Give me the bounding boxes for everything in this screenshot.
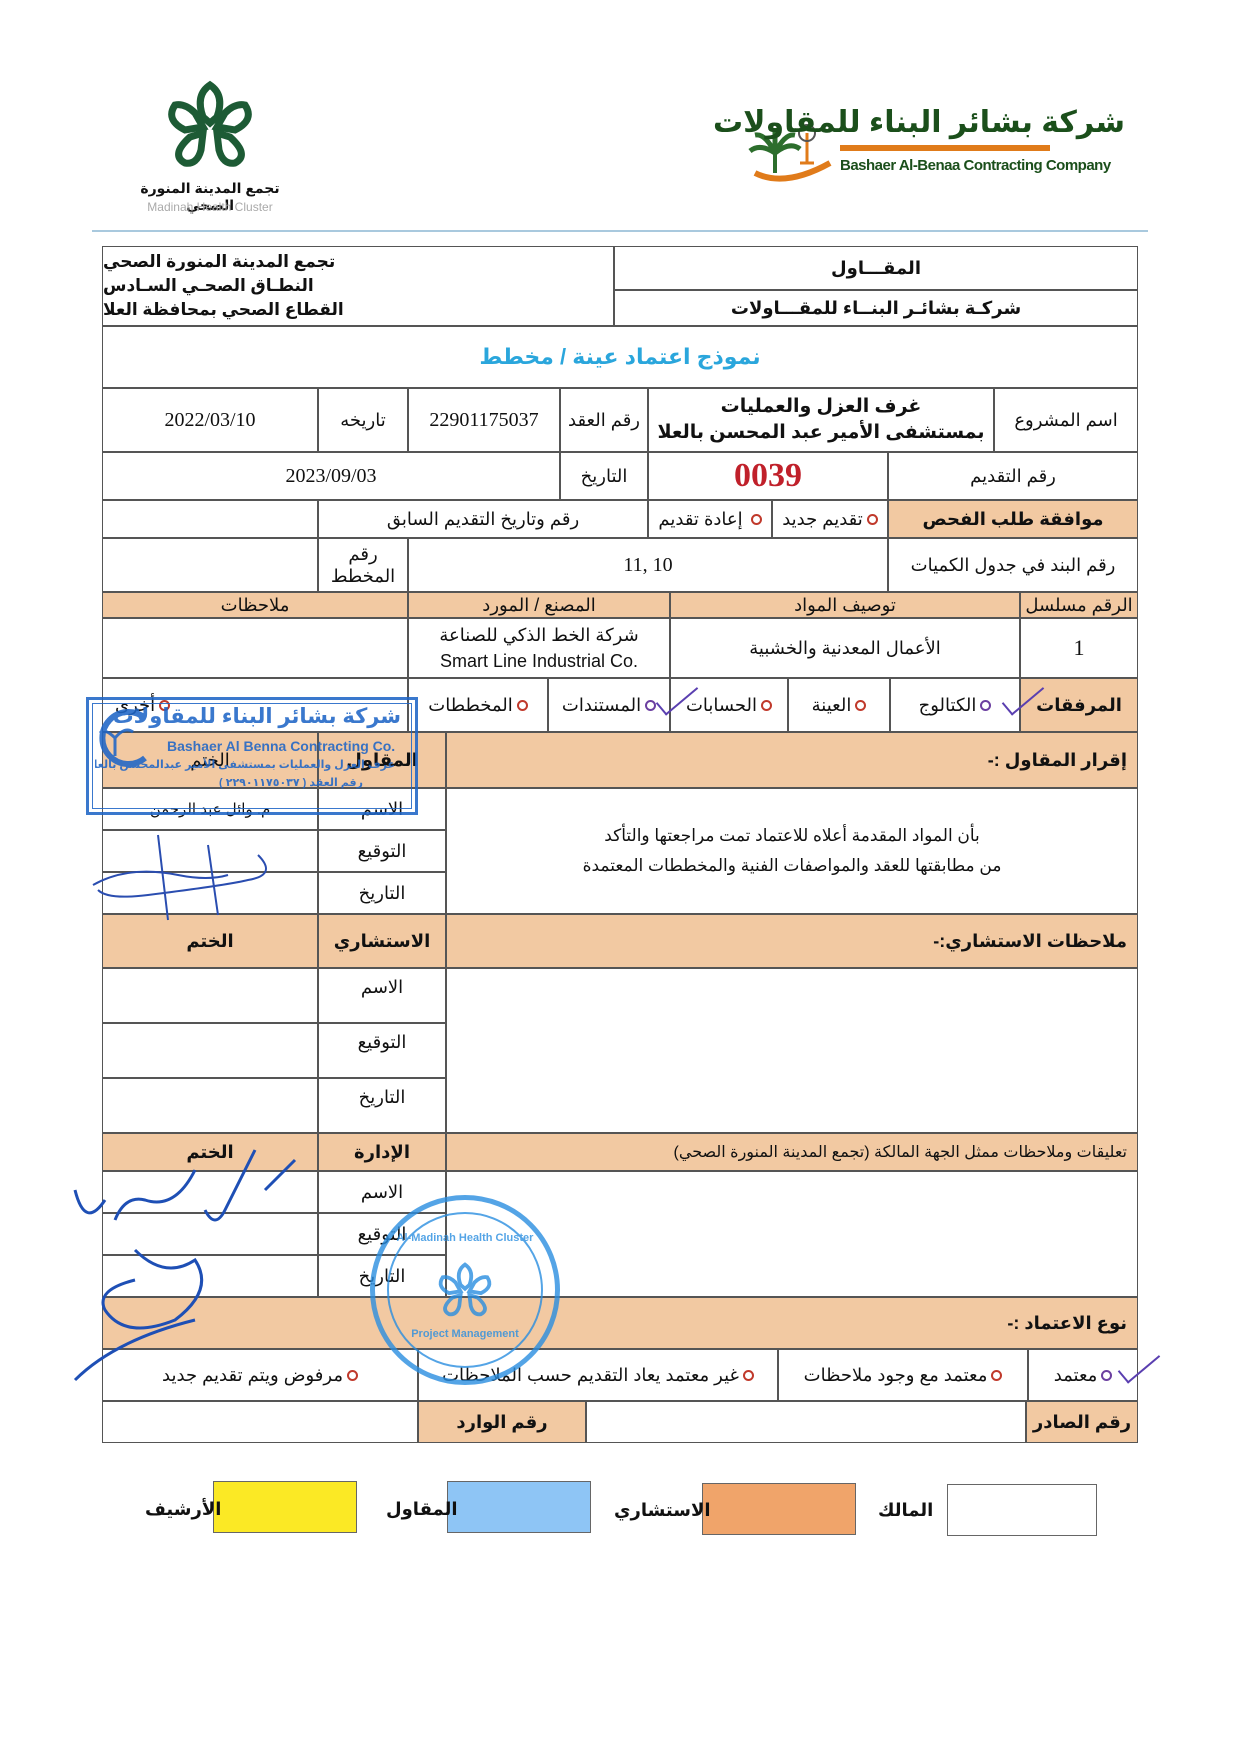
contractor-signature [88,825,328,925]
contractor-stamp: شركة بشائر البناء للمقاولات Bashaer Al B… [86,697,418,815]
approval-with-notes-option[interactable]: معتمد مع وجود ملاحظات [778,1349,1028,1401]
logo-bar [840,145,1050,151]
submission-number-label: رقم التقديم [888,452,1138,500]
consultant-side-header: الاستشاري [318,914,446,968]
boq-item-value: 10 ,11 [408,538,888,592]
stamp-contract-number: رقم العقد ( ٢٢٩٠١١٧٥٠٣٧ ) [219,776,363,789]
drawing-label-line-2: المخطط [331,565,395,587]
documents-label: المستندات [562,695,641,716]
owner-info-cell: تجمع المدينة المنورة الصحي النطـاق الصحـ… [102,246,614,326]
consultant-notes-area[interactable] [446,968,1138,1133]
incoming-number-label: رقم الوارد [418,1401,586,1443]
attachment-sample[interactable]: العينة [788,678,890,732]
drawing-number-label: رقم المخطط [318,538,408,592]
owner-line-1: تجمع المدينة المنورة الصحي [103,250,335,274]
form-title: نموذج اعتماد عينة / مخطط [102,326,1138,388]
declaration-line-1: بأن المواد المقدمة أعلاه للاعتماد تمت مر… [604,821,980,851]
contractor-logo-english: Bashaer Al-Benaa Contracting Company [840,157,1111,174]
contractor-declaration-text: بأن المواد المقدمة أعلاه للاعتماد تمت مر… [446,788,1138,914]
approved-with-notes-radio[interactable] [991,1370,1002,1381]
contractor-logo-arabic: شركة بشائر البناء للمقاولات [840,105,1125,140]
legend-owner-label: المالك [878,1500,933,1521]
sample-radio[interactable] [855,700,866,711]
material-notes [102,618,408,678]
approved-radio[interactable] [1101,1370,1112,1381]
project-name-line-2: بمستشفى الأمير عبد المحسن بالعلا [657,420,984,446]
consultant-name-label: الاسم [318,968,446,1023]
resubmission-radio[interactable] [751,514,762,525]
resubmission-option[interactable]: إعادة تقديم [648,500,772,538]
owner-stamp-english-bottom: Project Management [395,1328,535,1340]
consultant-notes-title: ملاحظات الاستشاري:- [446,914,1138,968]
attachment-drawings[interactable]: المخططات [408,678,548,732]
rejected-radio[interactable] [347,1370,358,1381]
issued-number-label: رقم الصادر [1026,1401,1138,1443]
stamp-english-name: Bashaer Al Benna Contracting Co. [167,738,395,754]
calculations-radio[interactable] [761,700,772,711]
header-divider [92,230,1148,232]
drawings-label: المخططات [428,695,512,716]
not-approved-radio[interactable] [743,1370,754,1381]
owner-line-2: النطـاق الصحـي السـادس [103,274,314,298]
consultant-signature-label: التوقيع [318,1023,446,1078]
material-description: الأعمال المعدنية والخشبية [670,618,1020,678]
calculations-label: الحسابات [686,695,757,716]
new-submission-option[interactable]: تقديم جديد [772,500,888,538]
attachment-documents[interactable]: المستندات [548,678,670,732]
owner-stamp-flower-icon [430,1255,500,1325]
contractor-declaration-title: إقرار المقاول :- [446,732,1138,788]
catalog-label: الكتالوج [919,695,977,716]
owner-side-header: الإدارة [318,1133,446,1171]
consultant-name-value [102,968,318,1023]
contractor-label-cell: المقـــاول [614,246,1138,290]
contract-date-value: 2022/03/10 [102,388,318,452]
approved-label: معتمد [1054,1365,1098,1386]
stamp-arabic-name: شركة بشائر البناء للمقاولات [113,704,401,729]
submission-date-value: 2023/09/03 [102,452,560,500]
legend-owner-swatch [947,1484,1097,1536]
previous-submission-value [102,500,318,538]
contract-number-value: 22901175037 [408,388,560,452]
project-name-label: اسم المشروع [994,388,1138,452]
contractor-signature-label: التوقيع [318,830,446,872]
health-cluster-logo: تجمع المدينة المنورة الصحي Madinah Healt… [130,75,290,220]
contract-date-label: تاريخه [318,388,408,452]
submission-number: 0039 [648,452,888,500]
contractor-logo: شركة بشائر البناء للمقاولات Bashaer Al-B… [745,105,1125,185]
submission-date-label: التاريخ [560,452,648,500]
owner-signature [15,1140,315,1400]
new-submission-label: تقديم جديد [782,509,863,530]
boq-item-label: رقم البند في جدول الكميات [888,538,1138,592]
documents-radio[interactable] [645,700,656,711]
supplier-english: Smart Line Industrial Co. [440,648,638,674]
legend-contractor-label: المقاول [386,1499,458,1520]
attachment-catalog[interactable]: الكتالوج [890,678,1020,732]
declaration-line-2: من مطابقتها للعقد والمواصفات الفنية والم… [583,851,1002,881]
legend-contractor-swatch [447,1481,591,1533]
supplier-arabic: شركة الخط الذكي للصناعة [439,622,638,648]
header-description: توصيف المواد [670,592,1020,618]
contractor-name-cell: شركـة بشائـر البنــاء للمقـــاولات [614,290,1138,326]
legend-consultant-swatch [702,1483,856,1535]
drawings-radio[interactable] [517,700,528,711]
new-submission-radio[interactable] [867,514,878,525]
previous-submission-label: رقم وتاريخ التقديم السابق [318,500,648,538]
catalog-radio[interactable] [980,700,991,711]
project-name-line-1: غرف العزل والعمليات [721,394,922,420]
header-supplier: المصنع / المورد [408,592,670,618]
owner-stamp-english-top: Al-Madinah Health Cluster [395,1232,535,1244]
incoming-number-value [102,1401,418,1443]
approved-with-notes-label: معتمد مع وجود ملاحظات [804,1365,988,1386]
legend-consultant-label: الاستشاري [614,1500,711,1521]
material-supplier: شركة الخط الذكي للصناعة Smart Line Indus… [408,618,670,678]
resubmission-label: إعادة تقديم [658,509,742,530]
issued-number-value [586,1401,1026,1443]
consultant-signature-value [102,1023,318,1078]
owner-comments-title: تعليقات وملاحظات ممثل الجهة المالكة (تجم… [446,1133,1138,1171]
flower-logo-icon [155,75,265,175]
stamp-project: غرف العزل والعمليات بمستشفى الأمير عبدال… [95,758,395,771]
health-cluster-english: Madinah Health Cluster [130,200,290,214]
owner-line-3: القطاع الصحي بمحافظة العلا [103,298,344,322]
inspection-request-label: موافقة طلب الفحص [888,500,1138,538]
legend-archive-label: الأرشيف [145,1499,221,1520]
consultant-date-label: التاريخ [318,1078,446,1133]
header-notes: ملاحظات [102,592,408,618]
contract-number-label: رقم العقد [560,388,648,452]
project-name-value: غرف العزل والعمليات بمستشفى الأمير عبد ا… [648,388,994,452]
consultant-date-value [102,1078,318,1133]
owner-stamp: Al-Madinah Health Cluster Project Manage… [370,1195,560,1385]
drawing-number-value [102,538,318,592]
contractor-date-label: التاريخ [318,872,446,914]
header-serial: الرقم مسلسل [1020,592,1138,618]
sample-label: العينة [812,695,852,716]
legend-archive-swatch [213,1481,357,1533]
material-serial: 1 [1020,618,1138,678]
drawing-label-line-1: رقم [348,543,377,565]
